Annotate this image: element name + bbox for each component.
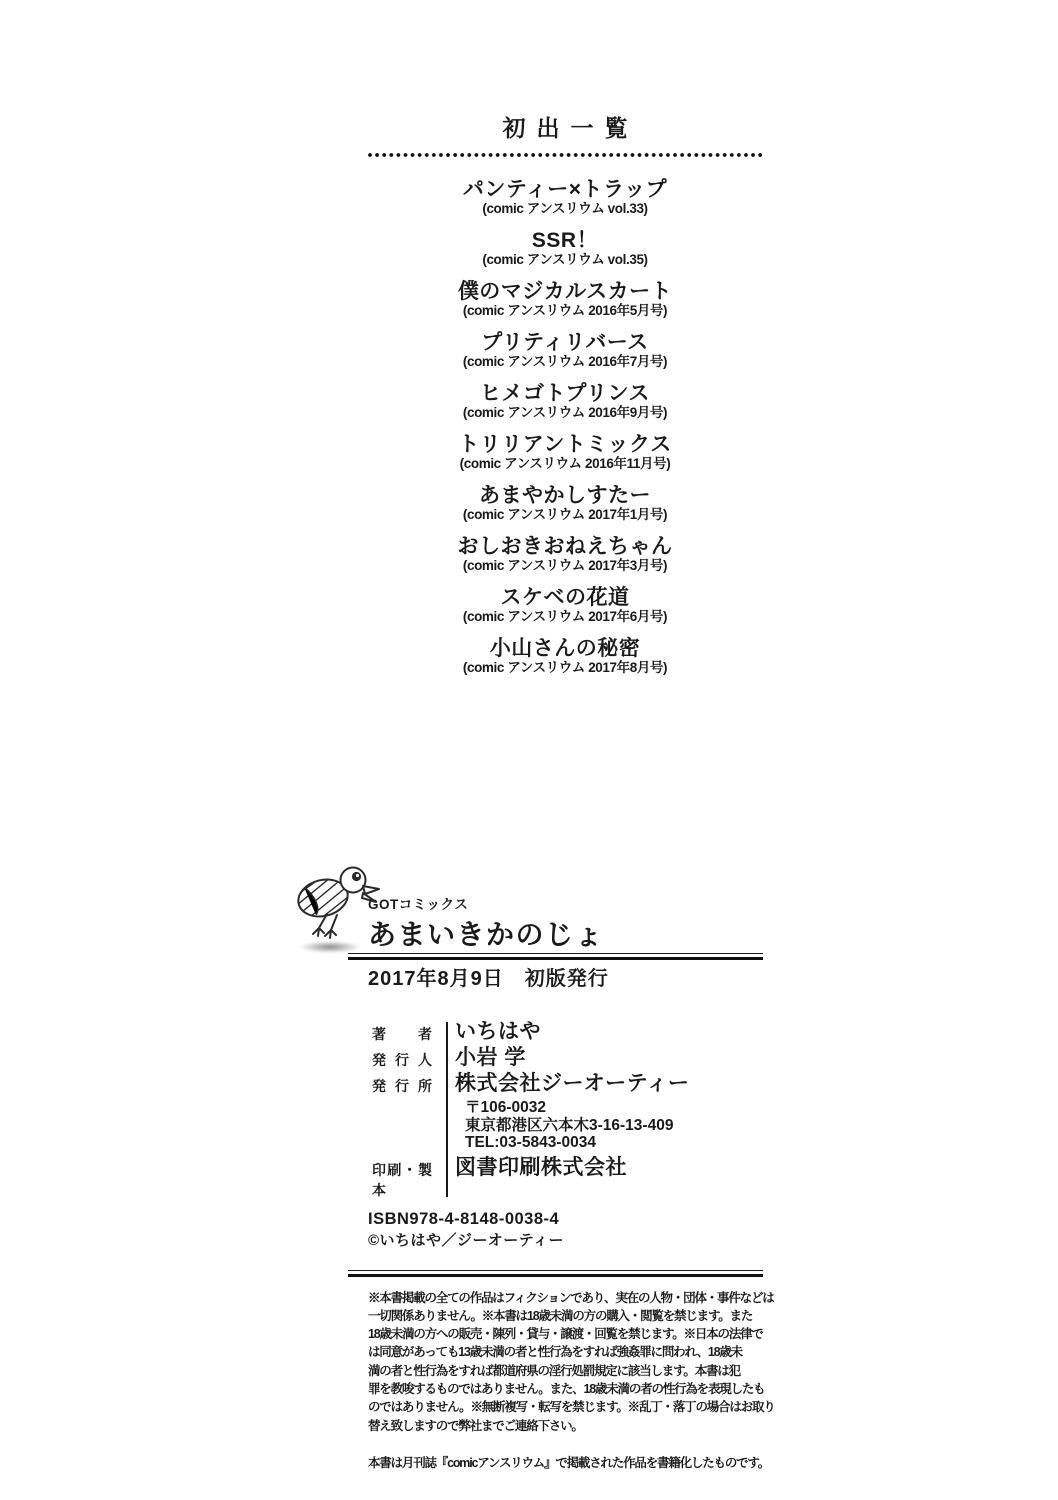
- colophon-section: GOTコミックス あまいきかのじょ 2017年8月9日 初版発行 著 者いちはや…: [368, 855, 768, 1472]
- dotted-divider: [368, 153, 762, 157]
- first-publication-section: 初出一覧 パンティー×トラップ(comic アンスリウム vol.33)SSR！…: [368, 114, 762, 688]
- table-row-label: 著 者: [368, 1019, 438, 1044]
- table-row-label: 発 行 人: [368, 1045, 438, 1070]
- work-title: ヒメゴトプリンス: [368, 382, 762, 405]
- title-divider: [348, 953, 763, 960]
- table-row: 発 行 人小岩 学: [368, 1045, 768, 1071]
- work-title: トリリアントミックス: [368, 433, 762, 456]
- table-row-value: 小岩 学: [455, 1045, 526, 1071]
- work-entry: 小山さんの秘密(comic アンスリウム 2017年8月号): [368, 637, 762, 675]
- section-title: 初出一覧: [368, 114, 762, 142]
- work-source: (comic アンスリウム 2017年3月号): [368, 559, 762, 573]
- imprint-label: GOTコミックス: [368, 897, 768, 912]
- legal-notice: ※本書掲載の全ての作品はフィクションであり、実在の人物・団体・事件などは 一切関…: [368, 1289, 808, 1435]
- work-entry: あまやかしすたー(comic アンスリウム 2017年1月号): [368, 484, 762, 522]
- work-source: (comic アンスリウム vol.35): [368, 253, 762, 267]
- work-entry: トリリアントミックス(comic アンスリウム 2016年11月号): [368, 433, 762, 471]
- work-source: (comic アンスリウム 2016年7月号): [368, 355, 762, 369]
- work-title: あまやかしすたー: [368, 484, 762, 507]
- bird-logo-shadow: [300, 941, 360, 953]
- publication-table: 著 者いちはや発 行 人小岩 学発 行 所株式会社ジーオーティー〒106-003…: [368, 1019, 768, 1200]
- table-row-value: いちはや: [455, 1019, 541, 1045]
- table-row-value: 株式会社ジーオーティー: [455, 1071, 689, 1097]
- publisher-address-line: 〒106-0032: [465, 1099, 689, 1117]
- colophon-page: 初出一覧 パンティー×トラップ(comic アンスリウム vol.33)SSR！…: [0, 0, 1058, 1500]
- work-title: スケベの花道: [368, 586, 762, 609]
- work-source: (comic アンスリウム 2016年5月号): [368, 304, 762, 318]
- work-entry: パンティー×トラップ(comic アンスリウム vol.33): [368, 178, 762, 216]
- work-title: おしおきおねえちゃん: [368, 535, 762, 558]
- publisher-address-line: TEL:03-5843-0034: [465, 1134, 689, 1152]
- work-source: (comic アンスリウム 2016年11月号): [368, 457, 762, 471]
- table-row-label: 発 行 所: [368, 1071, 438, 1096]
- bird-logo-icon: [292, 863, 384, 943]
- table-row-value: 図書印刷株式会社: [455, 1155, 627, 1181]
- work-entry: スケベの花道(comic アンスリウム 2017年6月号): [368, 586, 762, 624]
- work-title: パンティー×トラップ: [368, 178, 762, 201]
- isbn: ISBN978-4-8148-0038-4: [368, 1210, 768, 1228]
- work-title: 僕のマジカルスカート: [368, 280, 762, 303]
- table-row: 発 行 所株式会社ジーオーティー〒106-0032東京都港区六本木3-16-13…: [368, 1071, 768, 1155]
- source-note: 本書は月刊誌『comicアンスリウム』で掲載された作品を書籍化したものです。: [368, 1454, 808, 1472]
- work-source: (comic アンスリウム 2016年9月号): [368, 406, 762, 420]
- work-source: (comic アンスリウム 2017年6月号): [368, 610, 762, 624]
- work-entry: SSR！(comic アンスリウム vol.35): [368, 229, 762, 267]
- work-source: (comic アンスリウム 2017年1月号): [368, 508, 762, 522]
- work-entry: おしおきおねえちゃん(comic アンスリウム 2017年3月号): [368, 535, 762, 573]
- legal-divider: [348, 1270, 763, 1277]
- copyright-line: ©いちはや／ジーオーティー: [368, 1232, 768, 1249]
- work-entry: ヒメゴトプリンス(comic アンスリウム 2016年9月号): [368, 382, 762, 420]
- work-source: (comic アンスリウム 2017年8月号): [368, 661, 762, 675]
- works-list: パンティー×トラップ(comic アンスリウム vol.33)SSR！(comi…: [368, 178, 762, 675]
- work-title: プリティリバース: [368, 331, 762, 354]
- work-entry: 僕のマジカルスカート(comic アンスリウム 2016年5月号): [368, 280, 762, 318]
- publisher-address-line: 東京都港区六本木3-16-13-409: [465, 1117, 689, 1135]
- edition-line: 2017年8月9日 初版発行: [368, 967, 768, 991]
- table-row-label: 印刷・製本: [368, 1155, 438, 1200]
- table-row: 印刷・製本図書印刷株式会社: [368, 1155, 768, 1200]
- work-source: (comic アンスリウム vol.33): [368, 202, 762, 216]
- table-row: 著 者いちはや: [368, 1019, 768, 1045]
- book-title: あまいきかのじょ: [368, 919, 768, 950]
- work-title: 小山さんの秘密: [368, 637, 762, 660]
- work-title: SSR！: [368, 229, 762, 252]
- work-entry: プリティリバース(comic アンスリウム 2016年7月号): [368, 331, 762, 369]
